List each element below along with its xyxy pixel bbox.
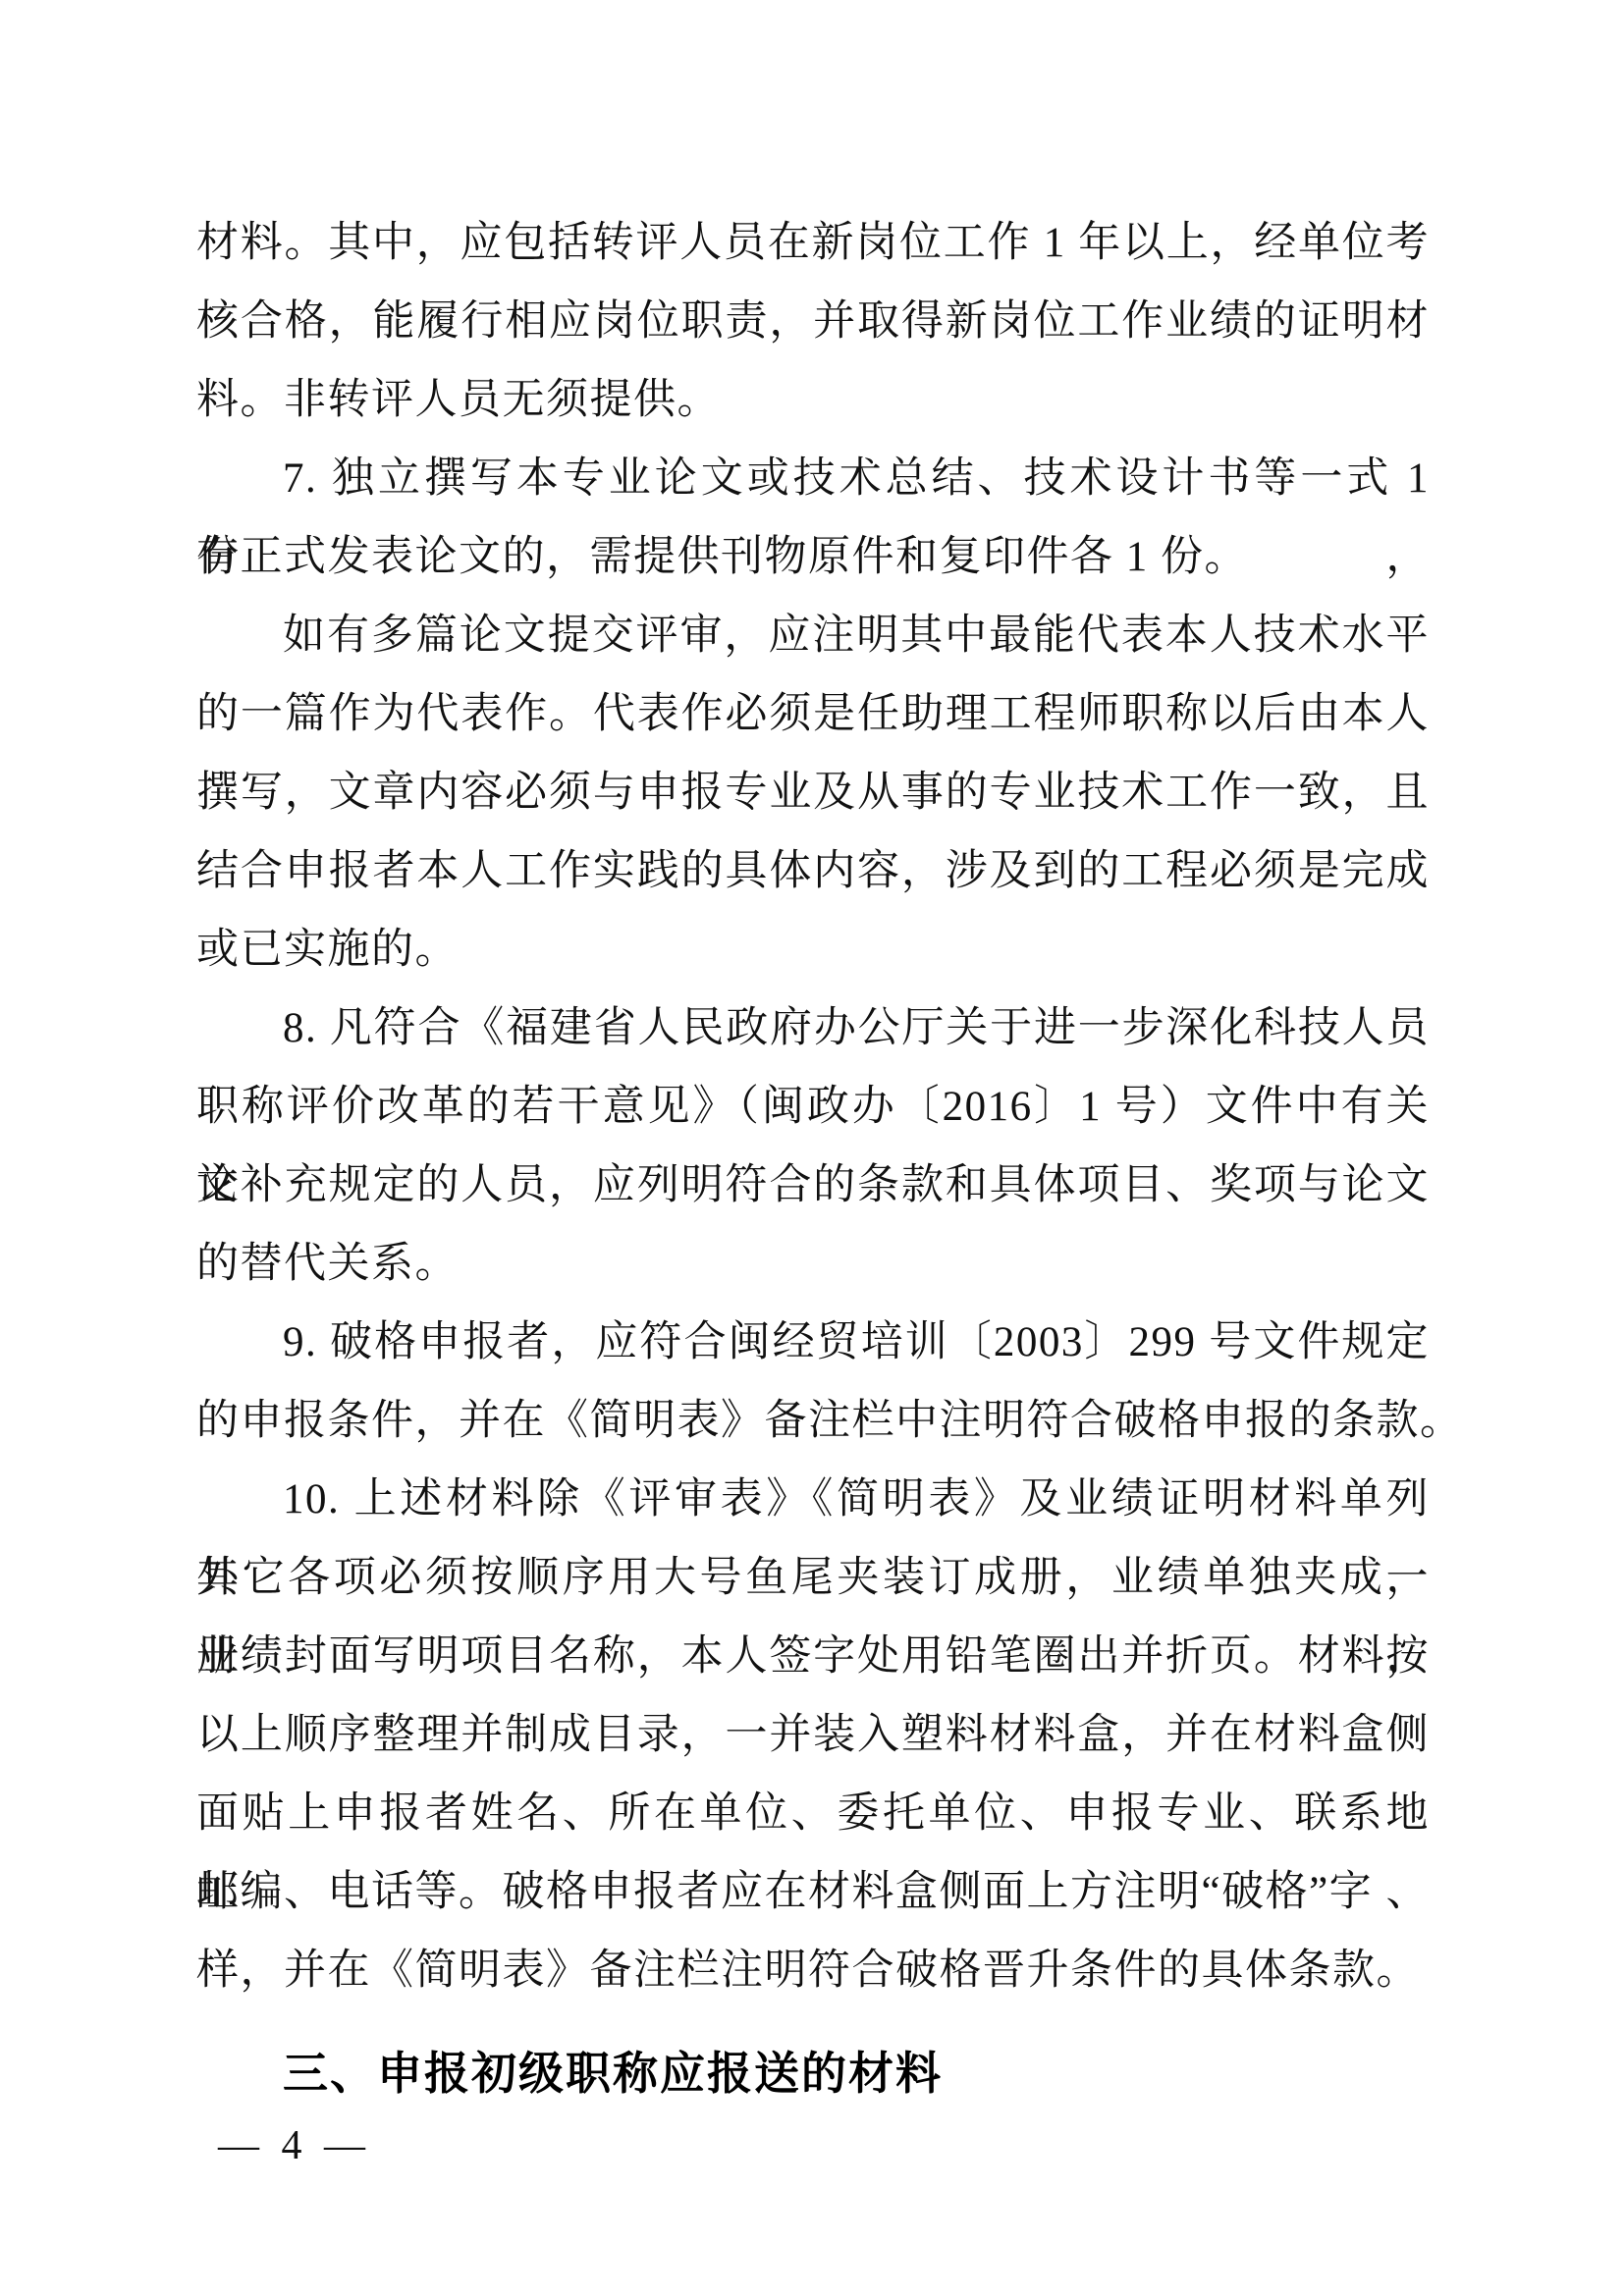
page-number: — 4 — — [218, 2122, 371, 2169]
body-line: 邮编、电话等。破格申报者应在材料盒侧面上方注明“破格”字 — [196, 1853, 1430, 1932]
body-line: 的一篇作为代表作。代表作必须是任助理工程师职称以后由本人 — [196, 675, 1430, 754]
body-line: 10. 上述材料除《评审表》《简明表》及业绩证明材料单列外， — [196, 1461, 1430, 1539]
document-body: 材料。其中，应包括转评人员在新岗位工作 1 年以上，经单位考 核合格，能履行相应… — [196, 204, 1430, 2112]
document-page: 材料。其中，应包括转评人员在新岗位工作 1 年以上，经单位考 核合格，能履行相应… — [0, 0, 1624, 2296]
body-line: 核合格，能履行相应岗位职责，并取得新岗位工作业绩的证明材 — [196, 283, 1430, 361]
body-line: 职称评价改革的若干意见》（闽政办〔2016〕1 号）文件中有关论 — [196, 1068, 1430, 1147]
body-line: 样，并在《简明表》备注栏注明符合破格晋升条件的具体条款。 — [196, 1932, 1430, 2010]
body-line: 以上顺序整理并制成目录，一并装入塑料材料盒，并在材料盒侧 — [196, 1696, 1430, 1775]
body-line: 的申报条件，并在《简明表》备注栏中注明符合破格申报的条款。 — [196, 1382, 1430, 1461]
body-line: 如有多篇论文提交评审，应注明其中最能代表本人技术水平 — [196, 597, 1430, 675]
body-line: 材料。其中，应包括转评人员在新岗位工作 1 年以上，经单位考 — [196, 204, 1430, 283]
body-line: 9. 破格申报者，应符合闽经贸培训〔2003〕299 号文件规定 — [196, 1304, 1430, 1382]
body-line: 业绩封面写明项目名称，本人签字处用铅笔圈出并折页。材料按 — [196, 1618, 1430, 1696]
body-line: 或已实施的。 — [196, 911, 1430, 989]
body-line: 7. 独立撰写本专业论文或技术总结、技术设计书等一式 1 份， — [196, 440, 1430, 518]
body-line: 其它各项必须按顺序用大号鱼尾夹装订成册，业绩单独夹成一册， — [196, 1539, 1430, 1618]
body-line: 结合申报者本人工作实践的具体内容，涉及到的工程必须是完成 — [196, 832, 1430, 911]
body-line: 的替代关系。 — [196, 1225, 1430, 1304]
body-line: 面贴上申报者姓名、所在单位、委托单位、申报专业、联系地址、 — [196, 1775, 1430, 1853]
body-line: 有正式发表论文的，需提供刊物原件和复印件各 1 份。 — [196, 518, 1430, 597]
body-line: 8. 凡符合《福建省人民政府办公厅关于进一步深化科技人员 — [196, 989, 1430, 1068]
body-line: 撰写，文章内容必须与申报专业及从事的专业技术工作一致，且 — [196, 754, 1430, 832]
section-heading: 三、申报初级职称应报送的材料 — [196, 2034, 1430, 2112]
body-line: 文补充规定的人员，应列明符合的条款和具体项目、奖项与论文 — [196, 1147, 1430, 1225]
body-line: 料。非转评人员无须提供。 — [196, 361, 1430, 440]
